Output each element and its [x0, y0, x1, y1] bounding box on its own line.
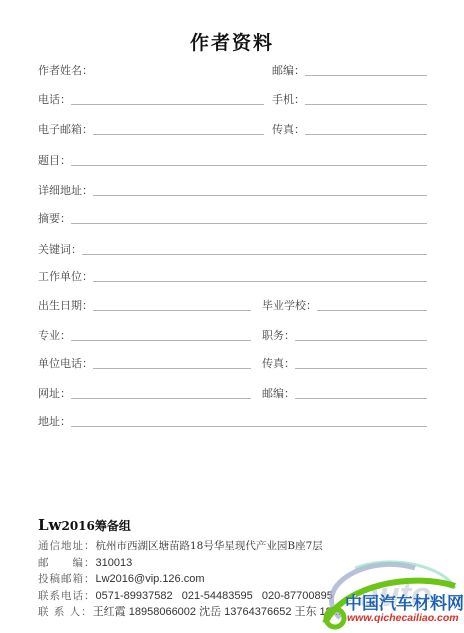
- fax-label: 传真：: [272, 121, 305, 137]
- postcode-field[interactable]: 邮编：: [272, 62, 427, 78]
- mobile-label: 手机：: [272, 91, 305, 107]
- keywords-label: 关键词：: [38, 241, 82, 257]
- contact-phones: 联系电话：0571-89937582 021-54483595 020-8770…: [38, 588, 341, 605]
- page-title: 作者资料: [0, 28, 464, 55]
- contact-email-label: 投稿邮箱：: [38, 573, 96, 585]
- contact-persons-value: 王红霞 18958066002 沈岳 13764376652 王东 18...: [93, 606, 341, 618]
- unit-phone-field[interactable]: 单位电话：: [38, 355, 251, 371]
- birth-date-field[interactable]: 出生日期：: [38, 297, 251, 313]
- address-label: 地址：: [38, 413, 71, 429]
- phone-input-line[interactable]: [71, 103, 264, 105]
- email-field[interactable]: 电子邮箱：: [38, 121, 264, 137]
- detailed-address-label: 详细地址：: [38, 182, 93, 198]
- unit-fax-input-line[interactable]: [295, 367, 427, 369]
- keywords-field[interactable]: 关键词：: [38, 241, 427, 257]
- contact-email-link[interactable]: Lw2016@vip.126.com: [96, 573, 205, 585]
- contact-phones-value: 0571-89937582 021-54483595 020-87700895: [96, 590, 333, 602]
- phone-field[interactable]: 电话：: [38, 91, 264, 107]
- contact-phones-label: 联系电话：: [38, 590, 96, 602]
- contact-address-label: 通信地址：: [38, 540, 96, 552]
- birth-date-input-line[interactable]: [93, 309, 251, 311]
- contact-persons: 联 系 人：王红霞 18958066002 沈岳 13764376652 王东 …: [38, 604, 341, 621]
- email-label: 电子邮箱：: [38, 121, 93, 137]
- unit-postcode-field[interactable]: 邮编：: [262, 385, 427, 401]
- unit-fax-field[interactable]: 传真：: [262, 355, 427, 371]
- postcode-input-line[interactable]: [305, 74, 427, 76]
- author-name-field[interactable]: 作者姓名：: [38, 62, 258, 78]
- unit-postcode-label: 邮编：: [262, 385, 295, 401]
- major-input-line[interactable]: [71, 339, 251, 341]
- major-label: 专业：: [38, 327, 71, 343]
- unit-phone-label: 单位电话：: [38, 355, 93, 371]
- mobile-field[interactable]: 手机：: [272, 91, 427, 107]
- work-unit-label: 工作单位：: [38, 268, 93, 284]
- contact-block: Lw2016筹备组 通信地址：杭州市西湖区塘苗路18号华星现代产业园B座7层 邮…: [38, 516, 341, 621]
- contact-persons-label: 联 系 人：: [38, 606, 93, 618]
- work-unit-input-line[interactable]: [93, 280, 427, 282]
- mobile-input-line[interactable]: [305, 103, 427, 105]
- position-label: 职务：: [262, 327, 295, 343]
- abstract-input-line[interactable]: [71, 222, 427, 224]
- birth-date-label: 出生日期：: [38, 297, 93, 313]
- watermark-name: 中国汽车材料网: [345, 589, 464, 614]
- topic-field[interactable]: 题目：: [38, 152, 427, 168]
- org-prefix: Lw: [38, 516, 61, 534]
- detailed-address-input-line[interactable]: [93, 194, 427, 196]
- unit-phone-input-line[interactable]: [93, 367, 251, 369]
- contact-address-value: 杭州市西湖区塘苗路18号华星现代产业园B座7层: [96, 540, 323, 552]
- watermark-logo: auto 中国汽车材料网 www.qichecailiao.com: [305, 548, 464, 633]
- org-title: 2016筹备组: [61, 519, 130, 533]
- school-label: 毕业学校：: [262, 297, 317, 313]
- major-field[interactable]: 专业：: [38, 327, 251, 343]
- position-field[interactable]: 职务：: [262, 327, 427, 343]
- abstract-label: 摘要：: [38, 210, 71, 226]
- website-input-line[interactable]: [71, 397, 251, 399]
- work-unit-field[interactable]: 工作单位：: [38, 268, 427, 284]
- contact-postcode: 邮 编：310013: [38, 555, 341, 572]
- school-input-line[interactable]: [317, 309, 427, 311]
- detailed-address-field[interactable]: 详细地址：: [38, 182, 427, 198]
- author-name-label: 作者姓名：: [38, 62, 93, 78]
- address-field[interactable]: 地址：: [38, 413, 427, 429]
- contact-email: 投稿邮箱：Lw2016@vip.126.com: [38, 571, 341, 588]
- position-input-line[interactable]: [295, 339, 427, 341]
- topic-input-line[interactable]: [71, 164, 427, 166]
- fax-input-line[interactable]: [305, 133, 427, 135]
- website-label: 网址：: [38, 385, 71, 401]
- abstract-field[interactable]: 摘要：: [38, 210, 427, 226]
- email-input-line[interactable]: [93, 133, 264, 135]
- unit-fax-label: 传真：: [262, 355, 295, 371]
- topic-label: 题目：: [38, 152, 71, 168]
- keywords-input-line[interactable]: [82, 253, 427, 255]
- fax-field[interactable]: 传真：: [272, 121, 427, 137]
- unit-postcode-input-line[interactable]: [295, 397, 427, 399]
- school-field[interactable]: 毕业学校：: [262, 297, 427, 313]
- contact-postcode-label: 邮 编：: [38, 557, 96, 569]
- phone-label: 电话：: [38, 91, 71, 107]
- contact-address: 通信地址：杭州市西湖区塘苗路18号华星现代产业园B座7层: [38, 538, 341, 555]
- address-input-line[interactable]: [71, 425, 427, 427]
- postcode-label: 邮编：: [272, 62, 305, 78]
- contact-postcode-value: 310013: [96, 557, 133, 569]
- watermark-url: www.qichecailiao.com: [347, 612, 459, 624]
- website-field[interactable]: 网址：: [38, 385, 251, 401]
- org-name: Lw2016筹备组: [38, 516, 341, 534]
